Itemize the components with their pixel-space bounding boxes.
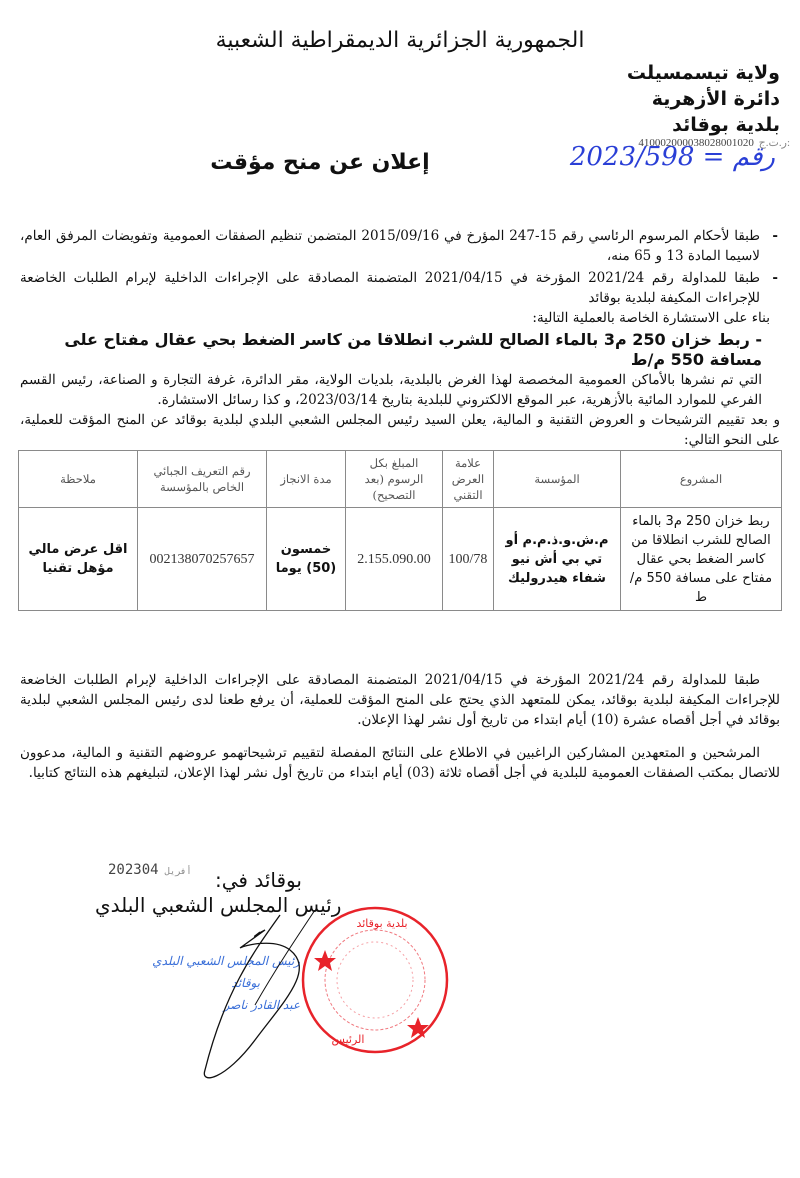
cell-duration: خمسون (50) يوما — [267, 508, 346, 611]
preamble-item-decree: طبقا لأحكام المرسوم الرئاسي رقم 15-247 ا… — [20, 226, 780, 266]
table-header-row: المشروع المؤسسة علامة العرض التقني المبل… — [19, 451, 782, 508]
appeal-paragraph: طبقا للمداولة رقم 2021/24 المؤرخة في 202… — [20, 670, 780, 730]
document-title: إعلان عن منح مؤقت — [0, 150, 640, 175]
header-company: المؤسسة — [494, 451, 621, 508]
signing-place: بوقائد في: — [215, 868, 302, 892]
operation-description: - ربط خزان 250 م3 بالماء الصالح للشرب ان… — [20, 330, 780, 370]
cell-project: ربط خزان 250 م3 بالماء الصالح للشرب انطل… — [621, 508, 782, 611]
appeal-text: طبقا للمداولة رقم 2021/24 المؤرخة في 202… — [20, 670, 780, 730]
preamble: طبقا لأحكام المرسوم الرئاسي رقم 15-247 ا… — [20, 226, 780, 370]
publication-text: التي تم نشرها بالأماكن العمومية المخصصة … — [20, 370, 780, 410]
header-duration: مدة الانجاز — [267, 451, 346, 508]
cell-tax-id: 002138070257657 — [138, 508, 267, 611]
commune-label: بلدية بوقائد — [627, 112, 780, 138]
date-stamp: 2023أفريل04 — [108, 862, 198, 878]
provisional-award-table: المشروع المؤسسة علامة العرض التقني المبل… — [18, 450, 782, 611]
cell-note: اقل عرض مالي مؤهل تقنيا — [19, 508, 138, 611]
date-day: 04 — [142, 862, 159, 878]
date-year: 2023 — [108, 862, 142, 878]
stamp-role-text: الرئيس — [332, 1033, 365, 1046]
header-tax-id: رقم التعريف الجبائي الخاص بالمؤسسة — [138, 451, 267, 508]
header-amount: المبلغ بكل الرسوم (بعد التصحيح) — [346, 451, 443, 508]
cell-technical-score: 100/78 — [443, 508, 494, 611]
header-technical-score: علامة العرض التقني — [443, 451, 494, 508]
based-on-label: بناء على الاستشارة الخاصة بالعملية التال… — [20, 308, 780, 328]
results-paragraph: المرشحين و المتعهدين المشاركين الراغبين … — [20, 743, 780, 783]
wilaya-label: ولاية تيسمسيلت — [627, 60, 780, 86]
stamp-commune-text: بلدية بوقائد — [356, 917, 407, 930]
table-row: ربط خزان 250 م3 بالماء الصالح للشرب انطل… — [19, 508, 782, 611]
cell-company: م.ش.و.ذ.م.م أو تي بي أش نيو شفاء هيدرولي… — [494, 508, 621, 611]
cell-amount: 2.155.090.00 — [346, 508, 443, 611]
official-stamp-icon: بلدية بوقائد الرئيس — [300, 905, 450, 1055]
republic-heading: الجمهورية الجزائرية الديمقراطية الشعبية — [0, 28, 800, 53]
daira-label: دائرة الأزهرية — [627, 86, 780, 112]
publication-paragraph: التي تم نشرها بالأماكن العمومية المخصصة … — [20, 370, 780, 450]
header-project: المشروع — [621, 451, 782, 508]
administration-block: ولاية تيسمسيلت دائرة الأزهرية بلدية بوقا… — [627, 60, 780, 138]
header-note: ملاحظة — [19, 451, 138, 508]
date-month: أفريل — [165, 867, 192, 877]
preamble-item-deliberation: طبقا للمداولة رقم 2021/24 المؤرخة في 202… — [20, 268, 780, 308]
results-text: المرشحين و المتعهدين المشاركين الراغبين … — [20, 743, 780, 783]
announcement-text: و بعد تقييم الترشيحات و العروض التقنية و… — [20, 410, 780, 450]
